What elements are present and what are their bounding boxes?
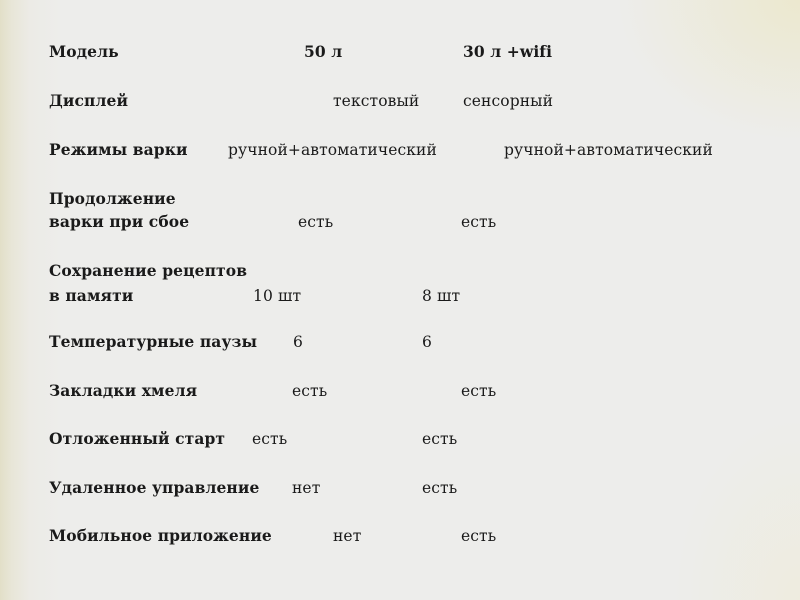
slide-background: Модель 50 л 30 л +wifi Дисплей текстовый…	[0, 0, 800, 600]
value-hop-additions-30l: есть	[461, 381, 496, 401]
row-label-display: Дисплей	[49, 91, 128, 111]
value-brewing-modes-30l: ручной+автоматический	[504, 140, 713, 160]
value-delayed-start-30l: есть	[422, 429, 457, 449]
value-brewing-modes-50l: ручной+автоматический	[228, 140, 437, 160]
value-model-50l: 50 л	[304, 42, 342, 62]
row-label-recipe-storage-line1: Сохранение рецептов	[49, 261, 247, 281]
value-delayed-start-50l: есть	[252, 429, 287, 449]
row-label-remote-control: Удаленное управление	[49, 478, 259, 498]
value-recipe-storage-50l: 10 шт	[253, 286, 301, 306]
value-remote-control-30l: есть	[422, 478, 457, 498]
row-label-model: Модель	[49, 42, 119, 62]
value-mobile-app-30l: есть	[461, 526, 496, 546]
value-mobile-app-50l: нет	[333, 526, 361, 546]
row-label-temperature-pauses: Температурные паузы	[49, 332, 257, 352]
row-label-resume-after-failure-line2: варки при сбое	[49, 212, 189, 232]
value-display-50l: текстовый	[333, 91, 419, 111]
row-label-recipe-storage-line2: в памяти	[49, 286, 133, 306]
row-label-brewing-modes: Режимы варки	[49, 140, 188, 160]
row-label-resume-after-failure-line1: Продолжение	[49, 189, 176, 209]
value-temperature-pauses-50l: 6	[293, 332, 303, 352]
value-remote-control-50l: нет	[292, 478, 320, 498]
value-resume-after-failure-50l: есть	[298, 212, 333, 232]
row-label-mobile-app: Мобильное приложение	[49, 526, 272, 546]
row-label-delayed-start: Отложенный старт	[49, 429, 225, 449]
value-display-30l: сенсорный	[463, 91, 553, 111]
value-resume-after-failure-30l: есть	[461, 212, 496, 232]
row-label-hop-additions: Закладки хмеля	[49, 381, 197, 401]
value-hop-additions-50l: есть	[292, 381, 327, 401]
value-model-30l-wifi: 30 л +wifi	[463, 42, 552, 62]
value-temperature-pauses-30l: 6	[422, 332, 432, 352]
value-recipe-storage-30l: 8 шт	[422, 286, 460, 306]
